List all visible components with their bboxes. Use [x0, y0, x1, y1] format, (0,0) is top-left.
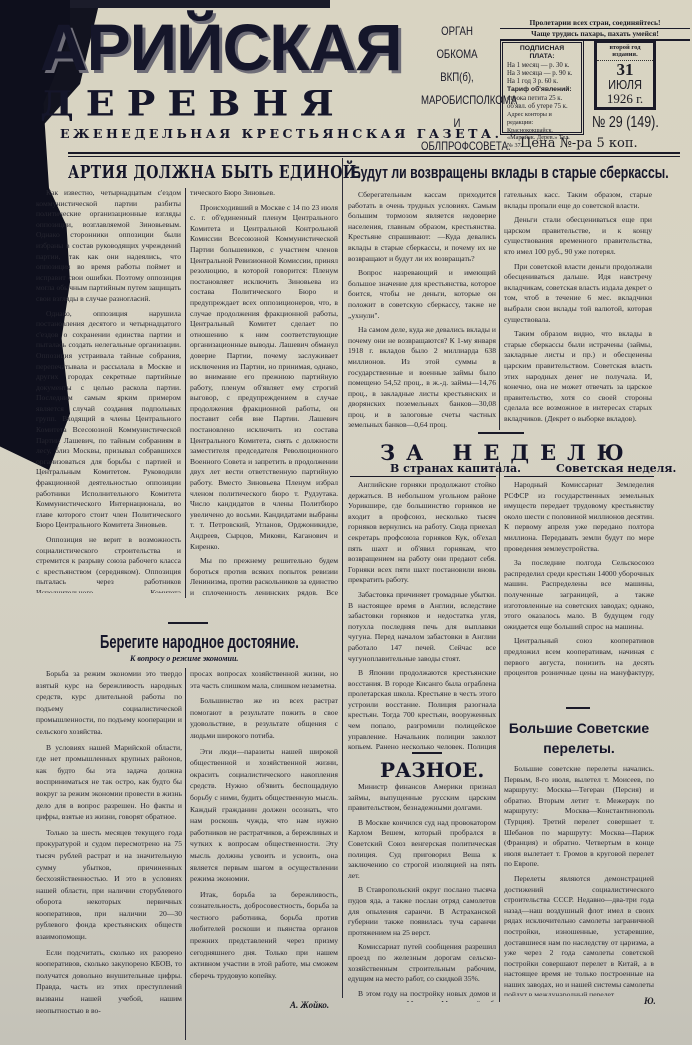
paragraph: Только за шесть месяцев текущего года пр… [36, 827, 182, 943]
paragraph: Как известно, четырнадцатым с'ездом комм… [36, 188, 181, 305]
subscription-box: ПОДПИСНАЯ ПЛАТА: На 1 месяц — р. 30 к. Н… [500, 40, 584, 135]
paragraph: На самом деле, куда же девались вклады и… [348, 325, 496, 430]
paragraph: Деньги стали обесцениваться еще при царс… [504, 215, 652, 257]
news-item: Народный Комиссариат Земледелия РСФСР из… [504, 480, 654, 554]
headline-misc: РАЗНОЕ. [380, 758, 484, 782]
property-column-1: Борьба за режим экономии это твердо взят… [36, 668, 182, 1040]
paragraph: Итак, борьба за бережливость, сознательн… [190, 889, 338, 982]
party-column-1: Как известно, четырнадцатым с'ездом комм… [36, 188, 181, 593]
flights-signature: Ю. [644, 996, 656, 1006]
paragraph: Эти люди—паразиты нашей широкой обществе… [190, 746, 338, 885]
section-rule [566, 707, 590, 709]
organ-block: ОРГАН ОБКОМА ВКП(б), МАРОБИСПОЛКОМА И ОБ… [421, 20, 493, 158]
paragraph: Происходивший в Москве с 14 по 23 июля с… [190, 203, 338, 553]
slogan-line: Чаще трудись пахарь, пахать умейся! [500, 29, 690, 40]
savings-column-1: Сберегательным кассам приходится работат… [348, 190, 496, 430]
subhead-rule [504, 476, 654, 477]
column-divider [499, 462, 500, 1002]
news-item: Министр финансов Америки признал займы, … [348, 782, 496, 814]
news-item: Забастовка причиняет громадные убытки. В… [348, 590, 496, 664]
paragraph: Мы по прежнему решительно будем бороться… [190, 556, 338, 598]
year-of-publication: второй год издания. [597, 43, 653, 61]
column-divider [185, 188, 186, 598]
newspaper-title-line1: АРИЙСКАЯ [40, 14, 402, 80]
subscription-line: На 1 месяц — р. 30 к. [507, 62, 577, 70]
ads-heading: Тариф об'явлений: [507, 86, 577, 94]
news-item: Центральный союз кооперативов предложил … [504, 636, 654, 680]
subhead-rule [350, 476, 496, 477]
ads-line: строка петита 25 к. [507, 95, 577, 103]
flights-column: Большие советские перелеты начались. Пер… [504, 764, 654, 996]
news-item: В этом году на постройку новых домов и р… [348, 989, 496, 1002]
slogan: Пролетарии всех стран, соединяйтесь! Чащ… [500, 18, 690, 41]
newspaper-title-line2: ДЕРЕВНЯ [40, 87, 346, 121]
section-rule [168, 622, 208, 624]
paragraph: Большие советские перелеты начались. Пер… [504, 764, 654, 870]
slogan-line: Пролетарии всех стран, соединяйтесь! [500, 18, 690, 29]
paragraph: В условиях нашей Марийской области, где … [36, 742, 182, 823]
section-rule [478, 432, 524, 434]
news-item: За последние полгода Сельскосоюз распред… [504, 558, 654, 632]
paragraph: Большинство же из всех растрат помогают … [190, 695, 338, 741]
paragraph: гательных касс. Таким образом, старые вк… [504, 190, 652, 211]
paragraph: Вопрос назревающий и имеющий большое зна… [348, 268, 496, 321]
masthead-rule [68, 152, 680, 154]
organ-line: ОБКОМА ВКП(б), [421, 43, 493, 89]
news-item: Комиссариат путей сообщения разрешил про… [348, 942, 496, 984]
torn-top-strip [70, 0, 330, 8]
headline-property: Берегите народное достояние. [100, 632, 299, 653]
savings-column-2: гательных касс. Таким образом, старые вк… [504, 190, 652, 430]
newspaper-page: АРИЙСКАЯ ДЕРЕВНЯ ЕЖЕНЕДЕЛЬНАЯ КРЕСТЬЯНСК… [0, 0, 692, 1045]
property-signature: А. Жойко. [290, 1000, 329, 1010]
page-divider [342, 158, 343, 998]
headline-flights: Большие Советские перелеты. [504, 718, 654, 758]
paragraph: Перелеты являются демонстрацией достижен… [504, 874, 654, 996]
property-column-2: просах вопросах хозяйственной жизни, но … [190, 668, 338, 998]
section-rule [412, 752, 442, 754]
subhead-soviet: Советская неделя. [556, 462, 676, 475]
party-column-2: тического Бюро Зиновьев. Происходивший в… [190, 188, 338, 598]
column-divider [185, 668, 186, 1040]
date-month: ИЮЛЯ [601, 78, 649, 92]
masthead-rule [68, 156, 680, 157]
paragraph: просах вопросах хозяйственной жизни, но … [190, 668, 338, 691]
subheading-property: К вопросу о режиме экономии. [130, 654, 238, 663]
paragraph: Вот все это и нужно рассказать широким м… [504, 428, 652, 430]
paragraph: Сберегательным кассам приходится работат… [348, 190, 496, 264]
headline-party: АРТИЯ ДОЛЖНА БЫТЬ ЕДИНОЙ. [68, 162, 362, 183]
column-divider [499, 190, 500, 430]
news-item: В Ставропольский округ послано тысяча пу… [348, 885, 496, 938]
subscription-heading: ПОДПИСНАЯ ПЛАТА: [507, 45, 577, 62]
paragraph: Борьба за режим экономии это твердо взят… [36, 668, 182, 738]
ads-line: об'явл. об утере 75 к. [507, 103, 577, 111]
paragraph: При советской власти деньги продолжали о… [504, 262, 652, 326]
subscription-line: На 3 месяца — р. 90 к. [507, 70, 577, 78]
misc-column: Министр финансов Америки признал займы, … [348, 782, 496, 1002]
paragraph: Оппозиция не верит в возможность социали… [36, 535, 181, 593]
date-year: 1926 г. [597, 92, 653, 106]
issue-number: № 29 (149). [592, 114, 659, 132]
news-item: В Японии продолжаются крестьянские восст… [348, 668, 496, 750]
paragraph: Однако, оппозиция нарушила постановления… [36, 309, 181, 531]
paragraph: тического Бюро Зиновьев. [190, 188, 338, 199]
date-box: второй год издания. 31 ИЮЛЯ 1926 г. [594, 40, 656, 110]
paragraph: Если подсчитать, сколько их разорено коо… [36, 947, 182, 1017]
capitalist-column: Английские горняки продолжают стойко дер… [348, 480, 496, 750]
news-item: В Москве кончился суд над провокатором К… [348, 818, 496, 882]
news-item: Английские горняки продолжают стойко дер… [348, 480, 496, 586]
paragraph: Таким образом видно, что вклады в старые… [504, 329, 652, 424]
organ-line: МАРОБИСПОЛКОМА [421, 89, 493, 112]
issue-price: Цена №-ра 5 коп. [520, 136, 638, 151]
headline-savings: Будут ли возвращены вклады в старые сбер… [352, 163, 669, 183]
date-day: 31 [597, 61, 653, 78]
subhead-capitalist: В странах капитала. [390, 462, 521, 475]
organ-line: ОРГАН [421, 20, 493, 43]
soviet-column: Народный Комиссариат Земледелия РСФСР из… [504, 480, 654, 680]
